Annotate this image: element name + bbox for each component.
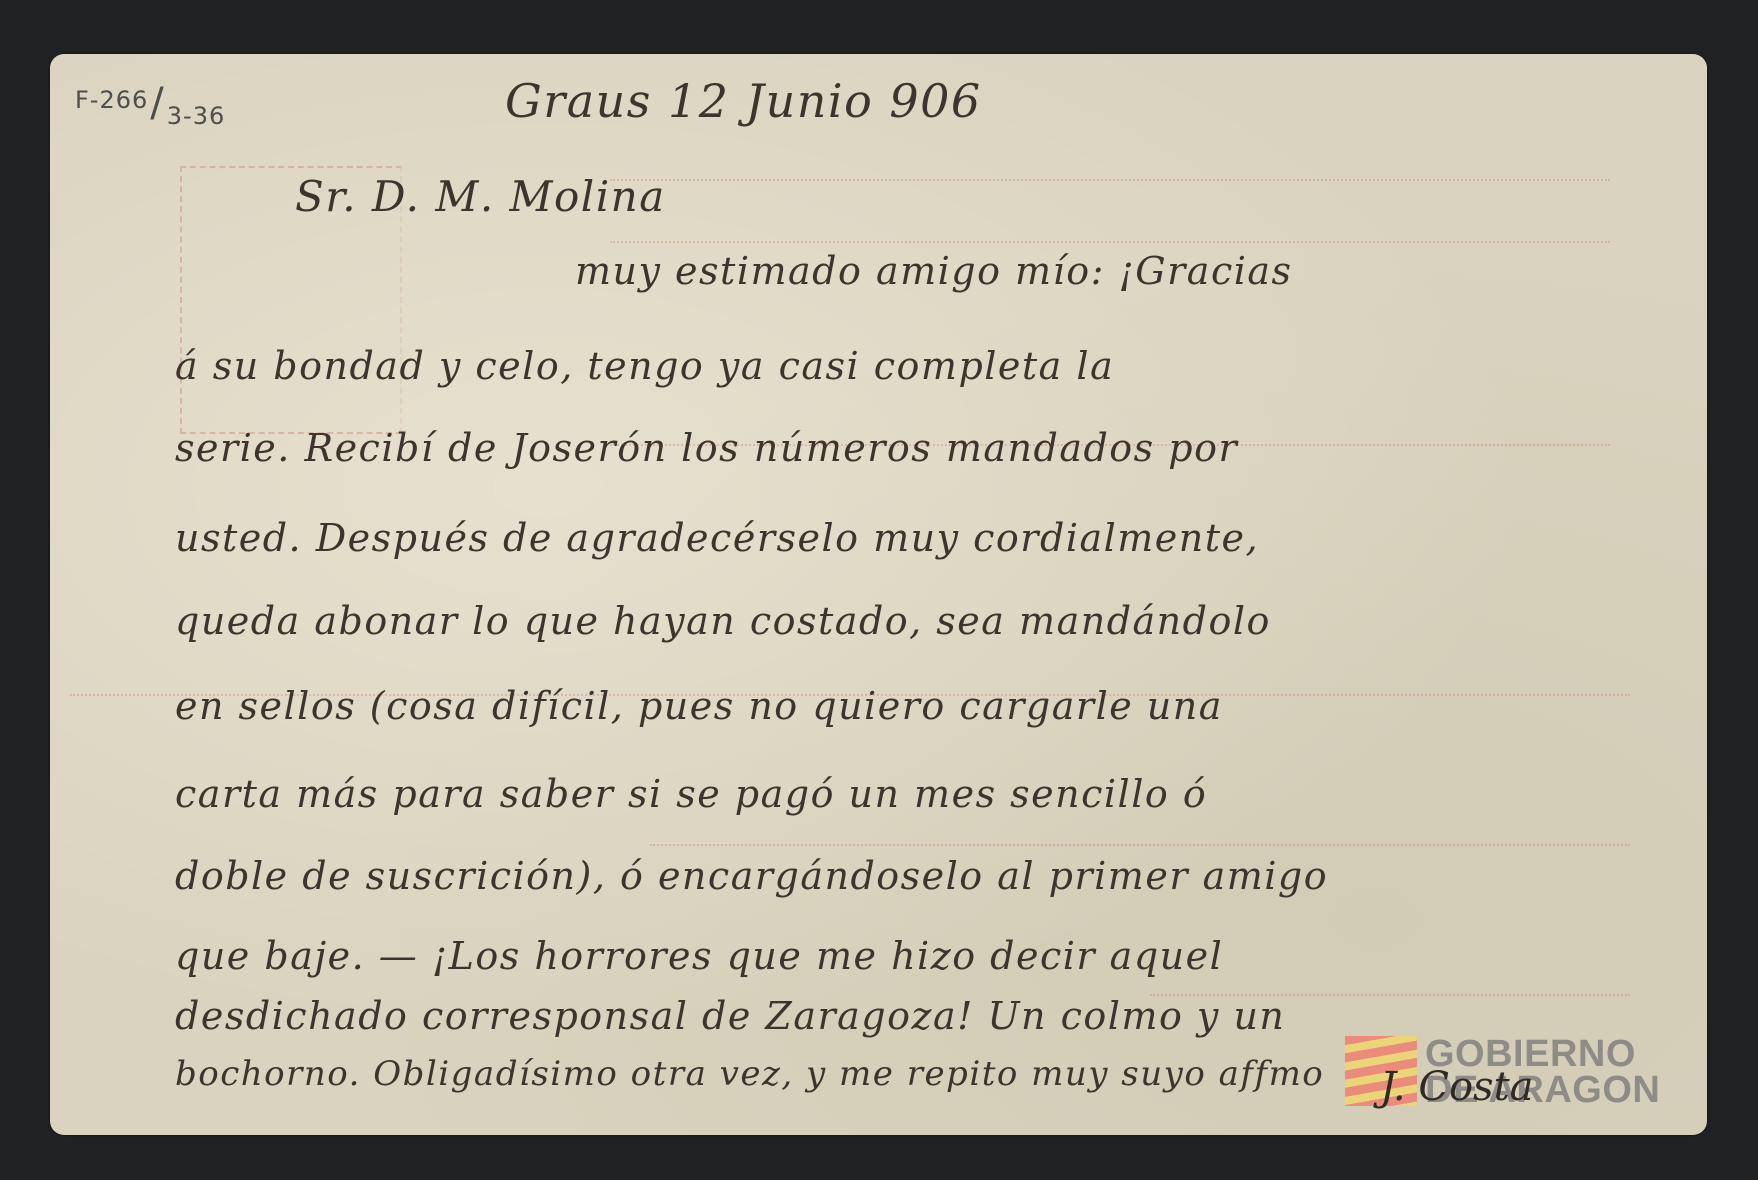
body-line-4: usted. Después de agradecérselo muy cord… xyxy=(175,516,1259,560)
body-line-8: doble de suscrición), ó encargándoselo a… xyxy=(175,854,1328,898)
body-line-1: muy estimado amigo mío: ¡Gracias xyxy=(575,249,1293,293)
body-line-6: en sellos (cosa difícil, pues no quiero … xyxy=(175,684,1223,728)
body-line-3: serie. Recibí de Joserón los números man… xyxy=(175,426,1238,470)
body-line-11: bochorno. Obligadísimo otra vez, y me re… xyxy=(175,1054,1324,1094)
printed-address-line xyxy=(650,844,1630,846)
signature: J. Costa xyxy=(1380,1064,1534,1110)
reference-slash: / xyxy=(150,80,164,126)
body-line-10: desdichado corresponsal de Zaragoza! Un … xyxy=(175,994,1285,1038)
printed-address-line xyxy=(610,179,1610,181)
printed-address-line xyxy=(610,241,1610,243)
place-date-line: Graus 12 Junio 906 xyxy=(505,74,982,128)
body-line-7: carta más para saber si se pagó un mes s… xyxy=(175,772,1207,816)
archive-reference-sub: 3-36 xyxy=(167,102,225,130)
body-line-5: queda abonar lo que hayan costado, sea m… xyxy=(175,599,1271,643)
body-line-2: á su bondad y celo, tengo ya casi comple… xyxy=(175,344,1114,388)
salutation-line: Sr. D. M. Molina xyxy=(295,172,666,221)
archive-reference: F-266/3-36 xyxy=(75,72,225,118)
archive-reference-main: F-266 xyxy=(75,86,148,114)
postcard: F-266/3-36 Graus 12 Junio 906 Sr. D. M. … xyxy=(50,54,1707,1135)
body-line-9: que baje. — ¡Los horrores que me hizo de… xyxy=(175,934,1223,978)
